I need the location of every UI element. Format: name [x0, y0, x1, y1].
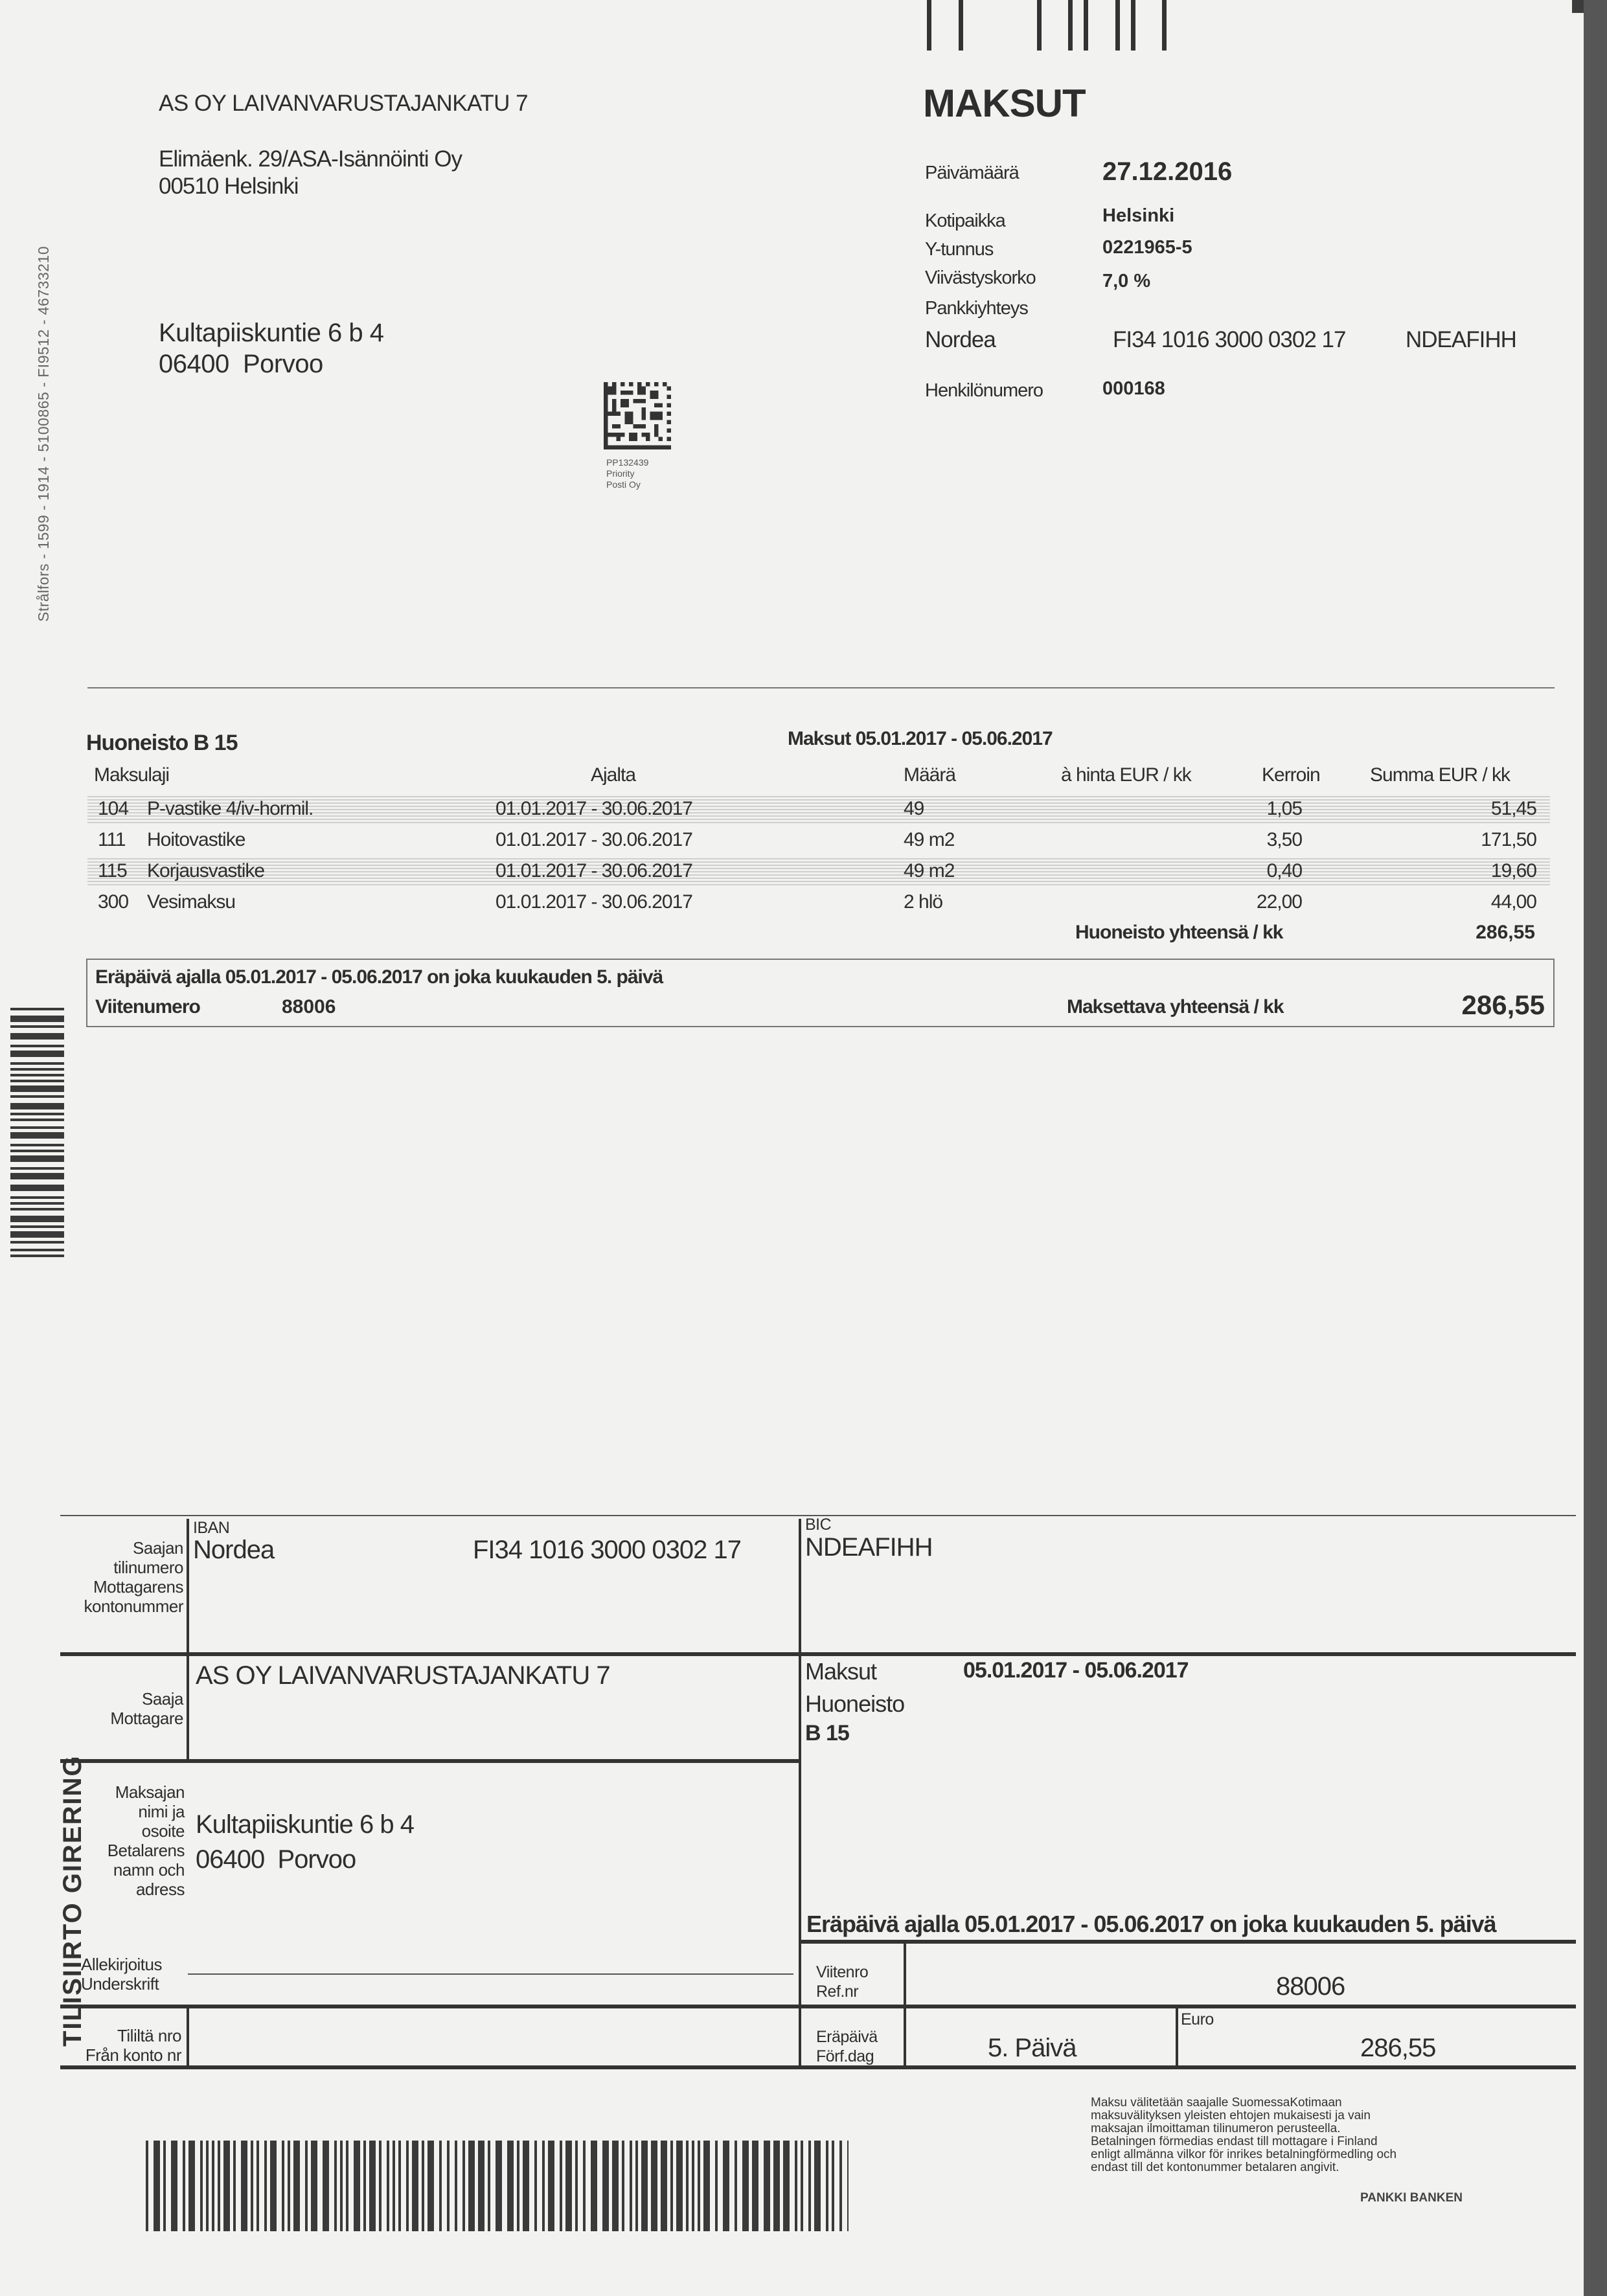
label-line: Från konto nr	[65, 2045, 181, 2065]
label-line: Eräpäivä	[816, 2027, 878, 2047]
scan-edge-mark	[1572, 0, 1584, 13]
iban-label: IBAN	[193, 1519, 229, 1538]
column-header: à hinta EUR / kk	[1061, 764, 1191, 786]
apartment-total-label: Huoneisto yhteensä / kk	[1075, 922, 1282, 944]
label-line: osoite	[84, 1821, 185, 1841]
person-number-value: 000168	[1102, 378, 1165, 400]
label-line: Mottagarens	[65, 1577, 183, 1597]
date-value: 27.12.2016	[1102, 157, 1232, 187]
payer-line: 06400 Porvoo	[196, 1842, 414, 1877]
payer-label: Maksajan nimi ja osoite Betalarens namn …	[84, 1782, 185, 1899]
giro-payee: AS OY LAIVANVARUSTAJANKATU 7	[196, 1661, 610, 1690]
bank-footer: PANKKI BANKEN	[1360, 2191, 1463, 2205]
giro-divider	[60, 1759, 799, 1763]
label-line: Maksajan	[84, 1782, 185, 1802]
sorting-mark	[1084, 0, 1088, 51]
giro-amount: 286,55	[1360, 2034, 1435, 2063]
charge-sum: 51,45	[1383, 798, 1536, 820]
charge-period: 01.01.2017 - 30.06.2017	[496, 891, 692, 913]
recipient-address: Kultapiiskuntie 6 b 4 06400 Porvoo	[159, 317, 384, 380]
label-line: Viitenro	[816, 1962, 868, 1982]
side-barcode-icon	[10, 1008, 64, 1260]
table-row: 104 P-vastike 4/iv-hormil. 01.01.2017 - …	[87, 794, 1550, 824]
label-line: nimi ja	[84, 1802, 185, 1821]
postage-code: PP132439	[606, 457, 648, 468]
datamatrix-code-icon	[604, 382, 671, 449]
from-account-label: Tililtä nro Från konto nr	[65, 2026, 181, 2065]
label-line: Förf.dag	[816, 2047, 878, 2066]
huoneisto-label: Huoneisto	[805, 1690, 904, 1718]
notice-line: Maksu välitetään saajalle SuomessaKotima…	[1091, 2097, 1505, 2109]
reference-value: 88006	[282, 996, 336, 1018]
payable-value: 286,55	[1435, 990, 1545, 1021]
giro-divider	[60, 1652, 1576, 1656]
charge-quantity: 2 hlö	[904, 891, 942, 913]
payee-label: Saaja Mottagare	[65, 1689, 183, 1728]
recipient-address-line: Kultapiiskuntie 6 b 4	[159, 317, 384, 348]
charge-sum: 19,60	[1383, 860, 1536, 882]
charge-code: 104	[98, 798, 128, 820]
apartment-title: Huoneisto B 15	[86, 731, 237, 756]
payment-notice: Maksu välitetään saajalle SuomessaKotima…	[1091, 2097, 1505, 2174]
charge-quantity: 49	[904, 798, 924, 820]
charge-code: 111	[98, 829, 126, 851]
sorting-mark	[1131, 0, 1135, 51]
printer-code: Strålfors - 1599 - 1914 - 5100865 - FI95…	[35, 246, 52, 622]
sorting-mark	[1037, 0, 1042, 51]
giro-due-text: Eräpäivä ajalla 05.01.2017 - 05.06.2017 …	[806, 1911, 1580, 1938]
charge-code: 300	[98, 891, 128, 913]
giro-divider	[187, 1519, 189, 1760]
bank-bic: NDEAFIHH	[1406, 327, 1516, 353]
label-line: tilinumero	[65, 1558, 183, 1577]
payable-label: Maksettava yhteensä / kk	[1067, 996, 1284, 1018]
bank-name: Nordea	[925, 327, 996, 353]
postage-info: PP132439 Priority Posti Oy	[606, 457, 648, 490]
label-line: Ref.nr	[816, 1982, 868, 2001]
charge-sum: 171,50	[1383, 829, 1536, 851]
charge-unit-price: 0,40	[1059, 860, 1302, 882]
bank-iban: FI34 1016 3000 0302 17	[1113, 327, 1345, 353]
sender-address-line: 00510 Helsinki	[159, 173, 462, 200]
giro-reference[interactable]: 88006	[1276, 1972, 1345, 2001]
label-line: kontonummer	[65, 1597, 183, 1616]
payment-barcode-icon	[146, 2141, 849, 2231]
giro-divider	[799, 1519, 801, 2069]
payer-line: Kultapiiskuntie 6 b 4	[196, 1807, 414, 1842]
table-row: 115 Korjausvastike 01.01.2017 - 30.06.20…	[87, 856, 1550, 886]
field-label: Pankkiyhteys	[925, 298, 1028, 319]
signature-line[interactable]	[188, 1973, 793, 1975]
sender-address: Elimäenk. 29/ASA-Isännöinti Oy 00510 Hel…	[159, 146, 462, 200]
notice-line: endast till det kontonummer betalaren an…	[1091, 2161, 1505, 2174]
sorting-mark	[1115, 0, 1120, 51]
sorting-mark	[1068, 0, 1073, 51]
giro-iban: FI34 1016 3000 0302 17	[473, 1536, 741, 1565]
charge-unit-price: 22,00	[1059, 891, 1302, 913]
bic-label: BIC	[805, 1516, 831, 1534]
label-line: adress	[84, 1880, 185, 1899]
sorting-mark	[959, 0, 963, 51]
euro-label: Euro	[1181, 2010, 1214, 2029]
maksut-label: Maksut	[805, 1658, 876, 1685]
field-value: 0221965-5	[1102, 237, 1192, 258]
label-line: Mottagare	[65, 1709, 183, 1728]
giro-payer: Kultapiiskuntie 6 b 4 06400 Porvoo	[196, 1807, 414, 1877]
charge-unit-price: 1,05	[1059, 798, 1302, 820]
signature-label: Allekirjoitus Underskrift	[81, 1955, 185, 1994]
notice-line: maksajan ilmoittaman tilinumeron peruste…	[1091, 2122, 1505, 2135]
field-value: 7,0 %	[1102, 271, 1150, 292]
field-label: Y-tunnus	[925, 239, 993, 260]
label-line: Betalarens	[84, 1841, 185, 1860]
due-date-text: Eräpäivä ajalla 05.01.2017 - 05.06.2017 …	[95, 966, 663, 988]
charge-period: 01.01.2017 - 30.06.2017	[496, 829, 692, 851]
giro-divider	[801, 1940, 1576, 1944]
from-account-field[interactable]	[189, 2008, 799, 2065]
label-line: namn och	[84, 1860, 185, 1880]
charge-type: Vesimaksu	[147, 891, 235, 913]
maksut-value: 05.01.2017 - 05.06.2017	[963, 1658, 1189, 1683]
notice-line: Betalningen förmedias endast till mottag…	[1091, 2135, 1505, 2148]
sorting-mark	[927, 0, 931, 51]
charge-quantity: 49 m2	[904, 860, 954, 882]
postage-class: Priority	[606, 468, 648, 479]
charge-sum: 44,00	[1383, 891, 1536, 913]
charge-period: 01.01.2017 - 30.06.2017	[496, 860, 692, 882]
charge-quantity: 49 m2	[904, 829, 954, 851]
charge-code: 115	[98, 860, 127, 882]
giro-bank-name: Nordea	[193, 1536, 274, 1565]
charge-type: Korjausvastike	[147, 860, 264, 882]
label-line: Allekirjoitus	[81, 1955, 185, 1974]
sender-address-line: Elimäenk. 29/ASA-Isännöinti Oy	[159, 146, 462, 173]
label-line: Saaja	[65, 1689, 183, 1709]
charge-period: 01.01.2017 - 30.06.2017	[496, 798, 692, 820]
column-header: Summa EUR / kk	[1370, 764, 1510, 786]
column-header: Kerroin	[1262, 764, 1320, 786]
column-header: Ajalta	[591, 764, 635, 786]
due-date-label: Eräpäivä Förf.dag	[816, 2027, 878, 2066]
reference-label: Viitenumero	[95, 996, 200, 1018]
notice-line: maksuvälityksen yleisten ehtojen mukaise…	[1091, 2109, 1505, 2122]
document-title: MAKSUT	[923, 81, 1086, 126]
label-line: Saajan	[65, 1538, 183, 1558]
charge-type: P-vastike 4/iv-hormil.	[147, 798, 313, 820]
column-header: Maksulaji	[94, 764, 169, 786]
sender-name: AS OY LAIVANVARUSTAJANKATU 7	[159, 91, 528, 117]
giro-due-value: 5. Päivä	[988, 2034, 1077, 2063]
table-row: 300 Vesimaksu 01.01.2017 - 30.06.2017 2 …	[87, 887, 1550, 917]
field-label: Viivästyskorko	[925, 267, 1036, 289]
section-divider	[87, 687, 1555, 688]
label-line: Tililtä nro	[65, 2026, 181, 2045]
huoneisto-value: B 15	[805, 1721, 849, 1746]
postage-carrier: Posti Oy	[606, 479, 648, 490]
table-row: 111 Hoitovastike 01.01.2017 - 30.06.2017…	[87, 825, 1550, 855]
apartment-total-value: 286,55	[1444, 922, 1535, 944]
date-label: Päivämäärä	[925, 163, 1019, 184]
charge-type: Hoitovastike	[147, 829, 245, 851]
field-value: Helsinki	[1102, 205, 1174, 227]
charge-unit-price: 3,50	[1059, 829, 1302, 851]
statement-period: Maksut 05.01.2017 - 05.06.2017	[788, 728, 1053, 750]
recipient-address-line: 06400 Porvoo	[159, 348, 384, 380]
person-number-label: Henkilönumero	[925, 380, 1043, 402]
column-header: Määrä	[904, 764, 955, 786]
field-label: Kotipaikka	[925, 210, 1005, 232]
sorting-mark	[1162, 0, 1167, 51]
due-summary-box: Eräpäivä ajalla 05.01.2017 - 05.06.2017 …	[86, 959, 1555, 1027]
reference-label: Viitenro Ref.nr	[816, 1962, 868, 2001]
giro-divider	[1176, 2006, 1178, 2067]
label-line: Underskrift	[81, 1974, 185, 1994]
giro-form-title: TILISIIRTO GIRERING	[58, 1755, 87, 2047]
account-label: Saajan tilinumero Mottagarens kontonumme…	[65, 1538, 183, 1616]
notice-line: enligt allmänna vilkor för inrikes betal…	[1091, 2148, 1505, 2161]
scan-edge	[1584, 0, 1607, 2296]
giro-bic: NDEAFIHH	[805, 1533, 932, 1562]
